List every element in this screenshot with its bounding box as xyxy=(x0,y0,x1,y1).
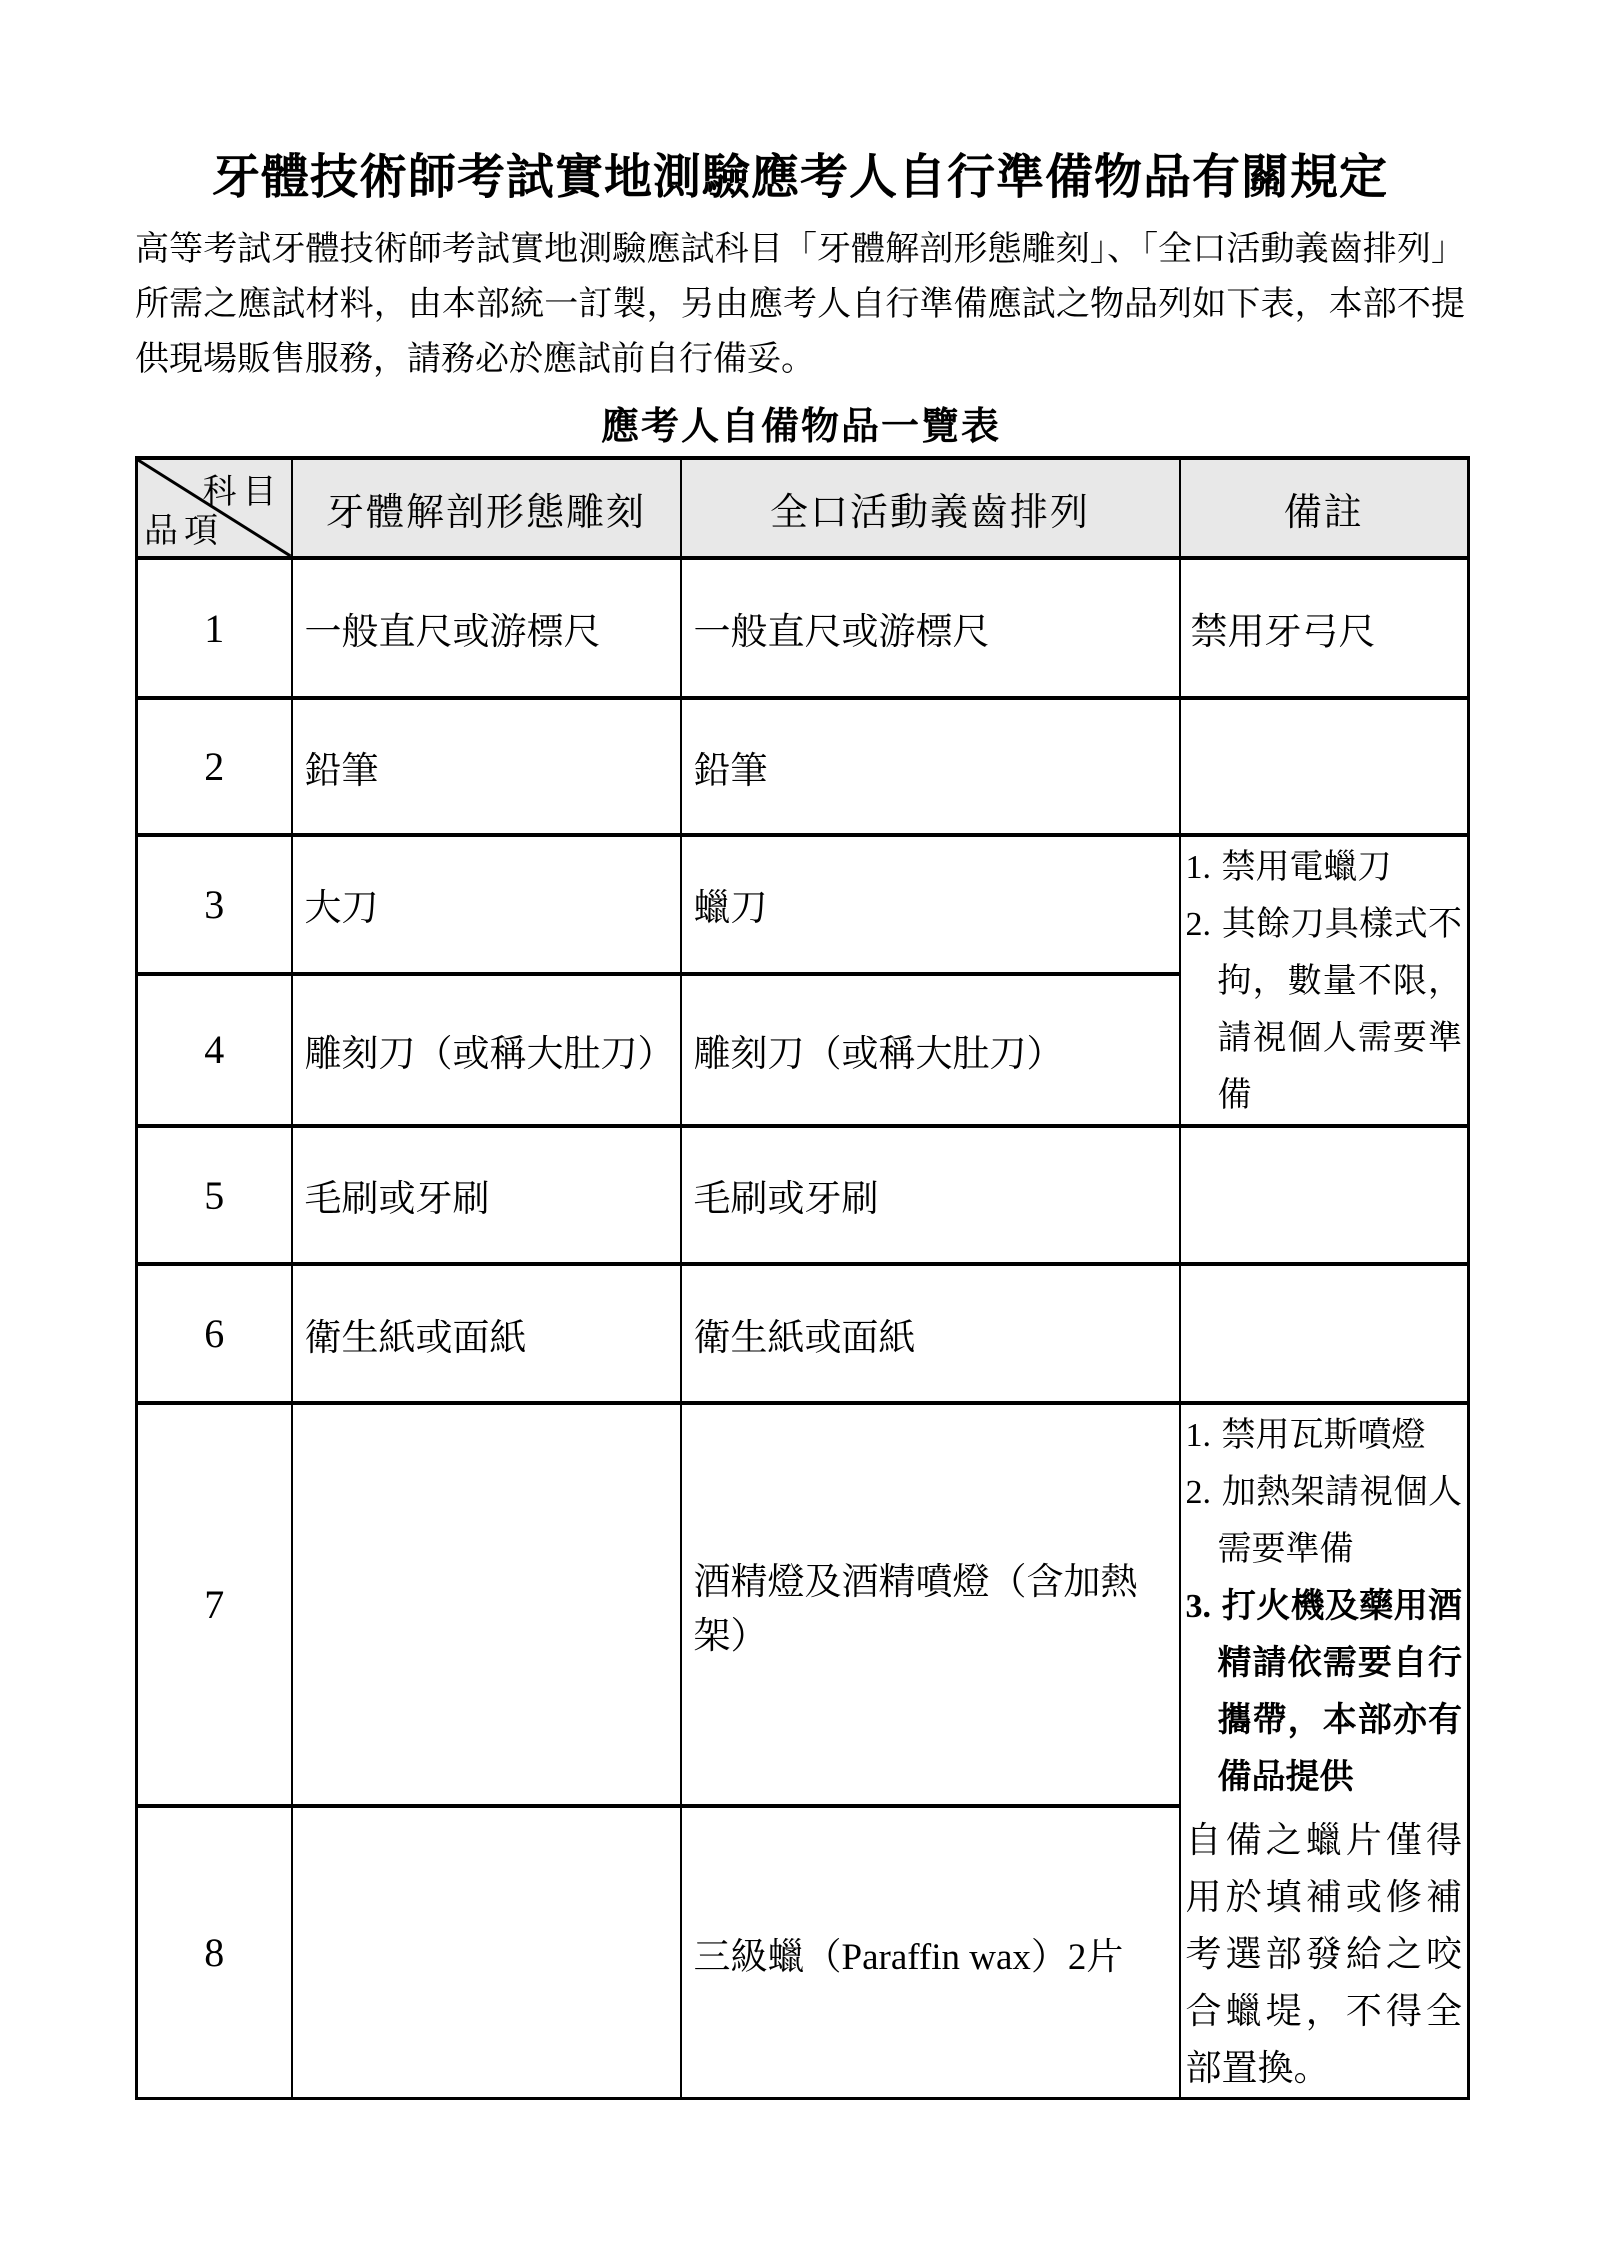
row-3-carving-item: 大刀 xyxy=(292,835,681,974)
table-row-7: 7 酒精燈及酒精噴燈（含加熱架） 1.禁用瓦斯噴燈 2.加熱架請視個人需要準備 … xyxy=(137,1403,1469,1806)
note-item-number: 2. xyxy=(1186,1464,1222,1521)
row-7-carving-item xyxy=(292,1403,681,1806)
note-item-text: 打火機及藥用酒精請依需要自行攜帶，本部亦有備品提供 xyxy=(1218,1588,1463,1796)
column-header-denture: 全口活動義齒排列 xyxy=(681,458,1180,558)
row-5-note xyxy=(1180,1126,1469,1264)
column-header-carving: 牙體解剖形態雕刻 xyxy=(292,458,681,558)
row-3-denture-item: 蠟刀 xyxy=(681,835,1180,974)
row-3-number: 3 xyxy=(137,835,292,974)
intro-paragraph: 高等考試牙體技術師考試實地測驗應試科目「牙體解剖形態雕刻」、「全口活動義齒排列」… xyxy=(135,222,1465,387)
row-7-denture-item: 酒精燈及酒精噴燈（含加熱架） xyxy=(681,1403,1180,1806)
row-5-number: 5 xyxy=(137,1126,292,1264)
note-list-item: 1.禁用電蠟刀 xyxy=(1186,839,1463,896)
note-item-number: 3. xyxy=(1186,1578,1222,1635)
row-7-note: 1.禁用瓦斯噴燈 2.加熱架請視個人需要準備 3.打火機及藥用酒精請依需要自行攜… xyxy=(1180,1403,1469,1806)
row-6-denture-item: 衛生紙或面紙 xyxy=(681,1264,1180,1403)
row-1-carving-item: 一般直尺或游標尺 xyxy=(292,558,681,698)
row-4-carving-item: 雕刻刀（或稱大肚刀） xyxy=(292,974,681,1126)
row-6-carving-item: 衛生紙或面紙 xyxy=(292,1264,681,1403)
note-list-item: 1.禁用瓦斯噴燈 xyxy=(1186,1407,1463,1464)
page-title: 牙體技術師考試實地測驗應考人自行準備物品有關規定 xyxy=(0,0,1600,208)
row-5-denture-item: 毛刷或牙刷 xyxy=(681,1126,1180,1264)
row-6-number: 6 xyxy=(137,1264,292,1403)
row-8-carving-item xyxy=(292,1806,681,2099)
note-item-text: 禁用瓦斯噴燈 xyxy=(1222,1417,1426,1454)
note-item-number: 2. xyxy=(1186,896,1222,953)
row-2-note xyxy=(1180,698,1469,835)
row-2-carving-item: 鉛筆 xyxy=(292,698,681,835)
row-2-denture-item: 鉛筆 xyxy=(681,698,1180,835)
column-header-note: 備註 xyxy=(1180,458,1469,558)
row-8-denture-item: 三級蠟（Paraffin wax）2片 xyxy=(681,1806,1180,2099)
corner-header-cell: 科目 品項 xyxy=(137,458,292,558)
note-item-text: 禁用電蠟刀 xyxy=(1222,849,1392,886)
table-row-3: 3 大刀 蠟刀 1.禁用電蠟刀 2.其餘刀具樣式不拘，數量不限，請視個人需要準備 xyxy=(137,835,1469,974)
table-row-5: 5 毛刷或牙刷 毛刷或牙刷 xyxy=(137,1126,1469,1264)
row-1-number: 1 xyxy=(137,558,292,698)
row-7-number: 7 xyxy=(137,1403,292,1806)
table-title: 應考人自備物品一覽表 xyxy=(135,395,1467,450)
table-row-2: 2 鉛筆 鉛筆 xyxy=(137,698,1469,835)
document-page: 牙體技術師考試實地測驗應考人自行準備物品有關規定 高等考試牙體技術師考試實地測驗… xyxy=(0,0,1600,2263)
row-2-number: 2 xyxy=(137,698,292,835)
row-8-number: 8 xyxy=(137,1806,292,2099)
note-item-number: 1. xyxy=(1186,839,1222,896)
items-table: 科目 品項 牙體解剖形態雕刻 全口活動義齒排列 備註 1 一般直尺或游標尺 一般… xyxy=(135,456,1470,2100)
row-4-number: 4 xyxy=(137,974,292,1126)
row-4-denture-item: 雕刻刀（或稱大肚刀） xyxy=(681,974,1180,1126)
table-row-6: 6 衛生紙或面紙 衛生紙或面紙 xyxy=(137,1264,1469,1403)
note-item-text: 加熱架請視個人需要準備 xyxy=(1218,1474,1463,1568)
table-row-8: 8 三級蠟（Paraffin wax）2片 自備之蠟片僅得用於填補或修補考選部發… xyxy=(137,1806,1469,2099)
table-row-1: 1 一般直尺或游標尺 一般直尺或游標尺 禁用牙弓尺 xyxy=(137,558,1469,698)
row-1-denture-item: 一般直尺或游標尺 xyxy=(681,558,1180,698)
row-5-carving-item: 毛刷或牙刷 xyxy=(292,1126,681,1264)
corner-item-label: 品項 xyxy=(144,503,224,552)
note-item-text: 其餘刀具樣式不拘，數量不限，請視個人需要準備 xyxy=(1218,906,1463,1114)
row-1-note: 禁用牙弓尺 xyxy=(1180,558,1469,698)
row-6-note xyxy=(1180,1264,1469,1403)
row-8-note: 自備之蠟片僅得用於填補或修補考選部發給之咬合蠟堤，不得全部置換。 xyxy=(1180,1806,1469,2099)
note-list-item-bold: 3.打火機及藥用酒精請依需要自行攜帶，本部亦有備品提供 xyxy=(1186,1578,1463,1806)
note-list-item: 2.其餘刀具樣式不拘，數量不限，請視個人需要準備 xyxy=(1186,896,1463,1124)
note-list-item: 2.加熱架請視個人需要準備 xyxy=(1186,1464,1463,1578)
rows-3-4-note: 1.禁用電蠟刀 2.其餘刀具樣式不拘，數量不限，請視個人需要準備 xyxy=(1180,835,1469,1126)
note-item-number: 1. xyxy=(1186,1407,1222,1464)
table-header-row: 科目 品項 牙體解剖形態雕刻 全口活動義齒排列 備註 xyxy=(137,458,1469,558)
